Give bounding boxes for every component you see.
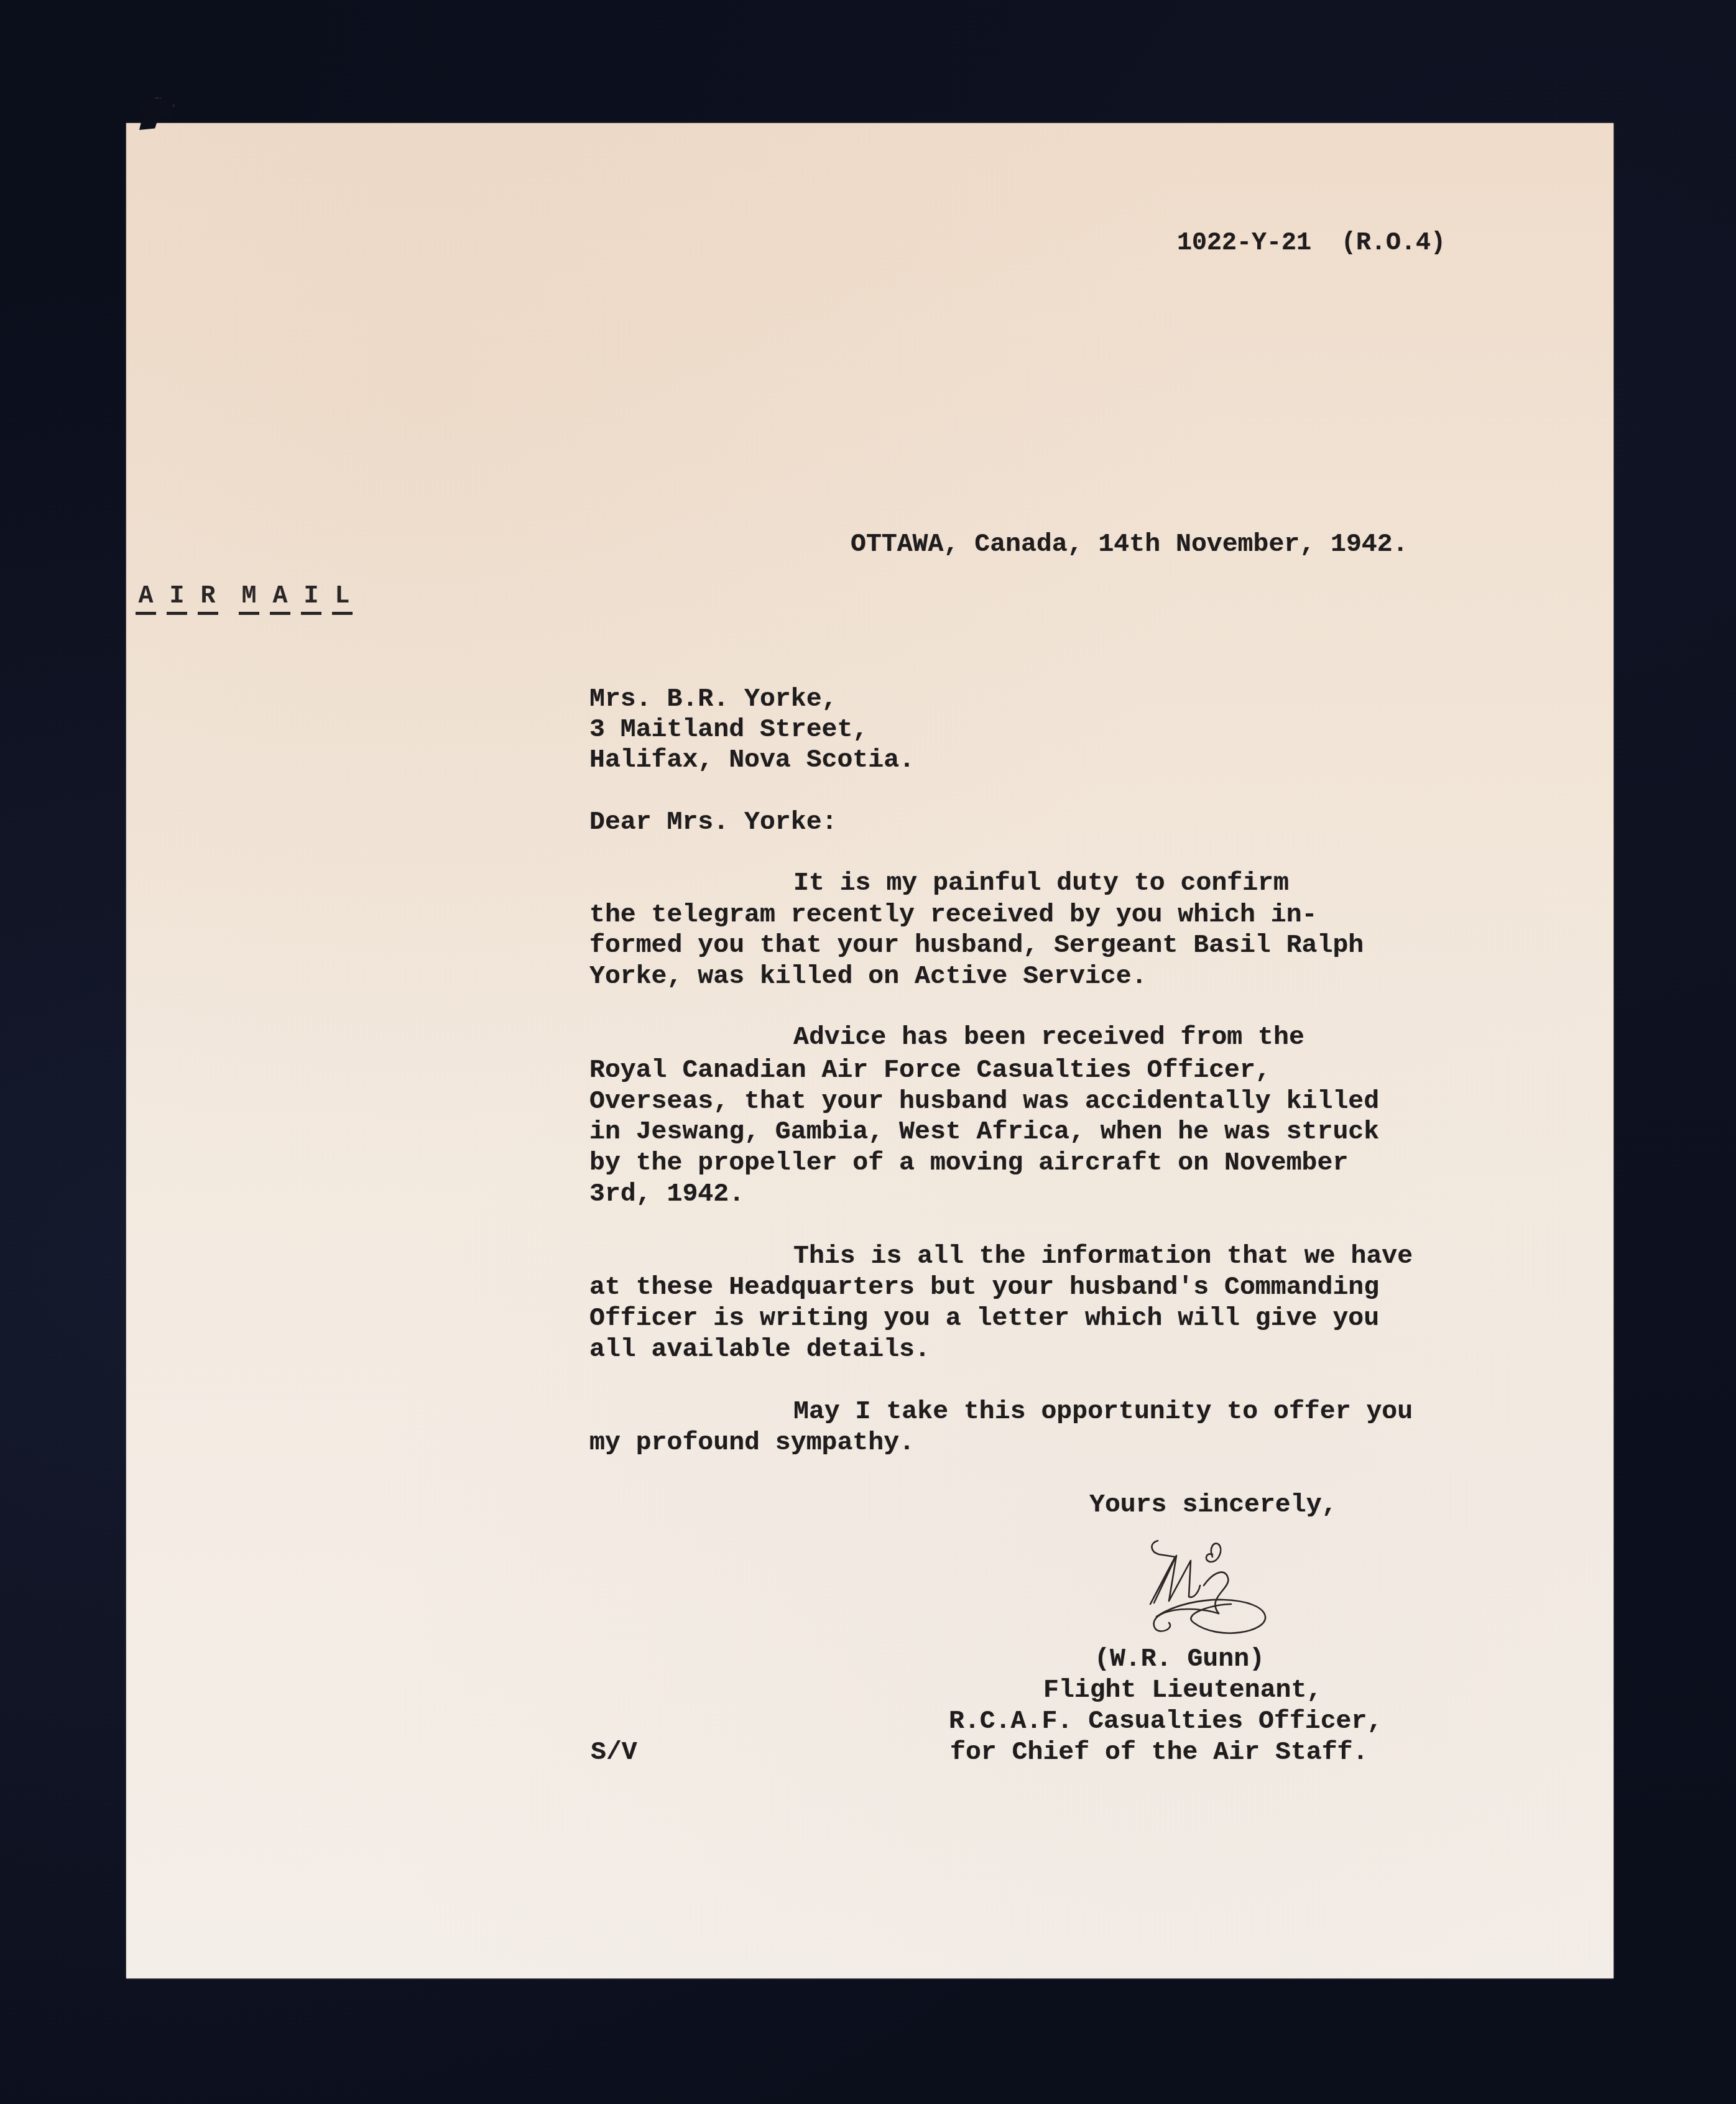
paragraph-line: Officer is writing you a letter which wi… xyxy=(589,1306,1379,1332)
file-reference: 1022-Y-21 (R.O.4) xyxy=(1177,231,1446,256)
air-mail-letter: A xyxy=(136,584,156,615)
signatory-rank: Flight Lieutenant, xyxy=(1043,1677,1322,1704)
paragraph-line: in Jeswang, Gambia, West Africa, when he… xyxy=(589,1119,1379,1145)
air-mail-letter: I xyxy=(301,584,321,615)
air-mail-letter: L xyxy=(332,584,353,615)
signatory-name: (W.R. Gunn) xyxy=(1094,1646,1265,1673)
paragraph-line: the telegram recently received by you wh… xyxy=(589,902,1318,928)
air-mail-letter: M xyxy=(239,584,259,615)
recipient-street: 3 Maitland Street, xyxy=(589,717,868,743)
signatory-on-behalf: for Chief of the Air Staff. xyxy=(950,1740,1368,1766)
typist-initials: S/V xyxy=(591,1740,637,1766)
paragraph-line: all available details. xyxy=(589,1337,930,1363)
paragraph-line: Overseas, that your husband was accident… xyxy=(589,1089,1379,1115)
dateline: OTTAWA, Canada, 14th November, 1942. xyxy=(851,532,1408,558)
paragraph-line: Royal Canadian Air Force Casualties Offi… xyxy=(589,1058,1271,1084)
closing: Yours sincerely, xyxy=(1089,1492,1337,1518)
air-mail-letter: I xyxy=(167,584,187,615)
paragraph-line: at these Headquarters but your husband's… xyxy=(589,1275,1379,1301)
paragraph-line: Advice has been received from the xyxy=(793,1025,1304,1051)
paragraph-line: It is my painful duty to confirm xyxy=(793,870,1289,897)
handwritten-signature xyxy=(1132,1530,1281,1641)
paragraph-line: May I take this opportunity to offer you xyxy=(793,1399,1413,1425)
paragraph-line: This is all the information that we have xyxy=(793,1243,1413,1270)
air-mail-marking: A I R M A I L xyxy=(136,584,363,615)
signatory-title: R.C.A.F. Casualties Officer, xyxy=(949,1709,1382,1735)
recipient-name: Mrs. B.R. Yorke, xyxy=(589,686,837,713)
recipient-city: Halifax, Nova Scotia. xyxy=(589,747,915,773)
paragraph-line: formed you that your husband, Sergeant B… xyxy=(589,933,1364,959)
salutation: Dear Mrs. Yorke: xyxy=(589,810,837,836)
paragraph-line: 3rd, 1942. xyxy=(589,1181,744,1207)
paragraph-line: my profound sympathy. xyxy=(589,1430,915,1456)
air-mail-space xyxy=(229,584,239,615)
air-mail-letter: R xyxy=(198,584,218,615)
paragraph-line: by the propeller of a moving aircraft on… xyxy=(589,1150,1348,1176)
air-mail-letter: A xyxy=(270,584,290,615)
paragraph-line: Yorke, was killed on Active Service. xyxy=(589,964,1147,990)
